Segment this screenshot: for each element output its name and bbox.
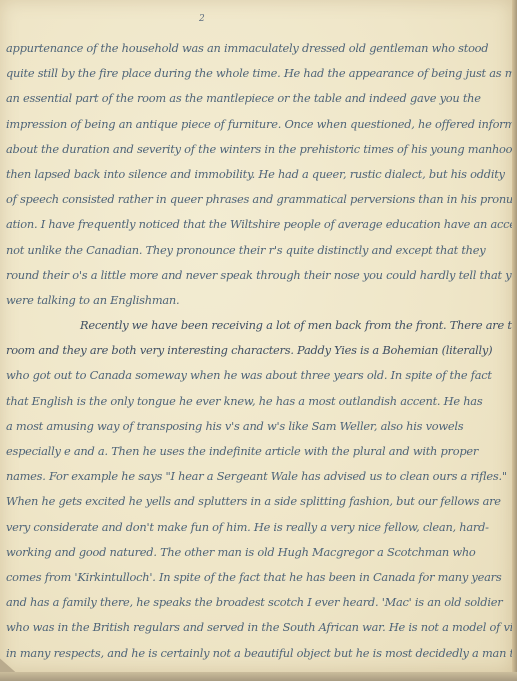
text-line: comes from 'Kirkintulloch'. In spite of … bbox=[6, 565, 512, 590]
text-line: and has a family there, he speaks the br… bbox=[6, 590, 512, 615]
text-line: especially e and a. Then he uses the ind… bbox=[6, 439, 512, 464]
letter-page: 2 appurtenance of the household was an i… bbox=[0, 0, 512, 672]
page-number: 2 bbox=[199, 14, 205, 24]
text-line: working and good natured. The other man … bbox=[6, 540, 512, 565]
text-line: appurtenance of the household was an imm… bbox=[6, 36, 512, 61]
page-edge-bottom bbox=[0, 672, 517, 681]
text-line: When he gets excited he yells and splutt… bbox=[6, 489, 512, 514]
text-line: quite still by the fire place during the… bbox=[6, 61, 512, 86]
text-line: ation. I have frequently noticed that th… bbox=[6, 212, 512, 237]
text-line: a most amusing way of transposing his v'… bbox=[6, 414, 512, 439]
text-line: of speech consisted rather in queer phra… bbox=[6, 187, 512, 212]
text-line: Recently we have been receiving a lot of… bbox=[6, 313, 512, 338]
page-edge-right bbox=[512, 0, 517, 681]
text-line: names. For example he says "I hear a Ser… bbox=[6, 464, 512, 489]
paragraph-2: Recently we have been receiving a lot of… bbox=[6, 313, 512, 666]
text-line: impression of being an antique piece of … bbox=[6, 112, 512, 137]
text-line: room and they are both very interesting … bbox=[6, 338, 512, 363]
text-line: were talking to an Englishman. bbox=[6, 288, 512, 313]
text-line: about the duration and severity of the w… bbox=[6, 137, 512, 162]
text-line: not unlike the Canadian. They pronounce … bbox=[6, 238, 512, 263]
text-line: in many respects, and he is certainly no… bbox=[6, 641, 512, 666]
text-line: who was in the British regulars and serv… bbox=[6, 615, 512, 640]
text-line: very considerate and don't make fun of h… bbox=[6, 515, 512, 540]
text-line: then lapsed back into silence and immobi… bbox=[6, 162, 512, 187]
text-line: who got out to Canada someway when he wa… bbox=[6, 363, 512, 388]
text-line: round their o's a little more and never … bbox=[6, 263, 512, 288]
text-line: that English is the only tongue he ever … bbox=[6, 389, 512, 414]
text-line: an essential part of the room as the man… bbox=[6, 86, 512, 111]
letter-body: appurtenance of the household was an imm… bbox=[6, 36, 512, 666]
paragraph-1: appurtenance of the household was an imm… bbox=[6, 36, 512, 313]
